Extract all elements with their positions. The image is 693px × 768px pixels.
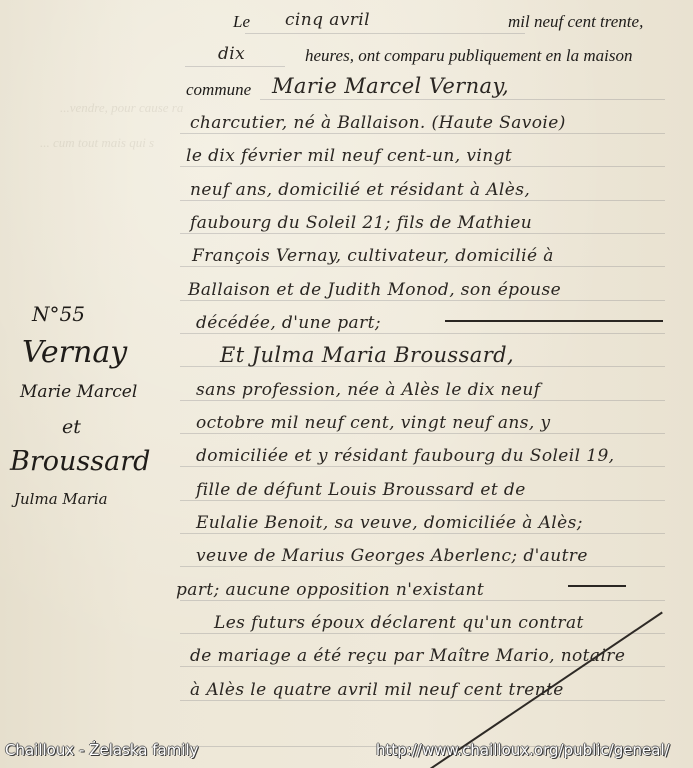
ruled-line <box>245 33 525 34</box>
ruled-line <box>180 200 665 201</box>
document-page: ...vendre, pour cause ra ... cum tout ma… <box>0 0 693 768</box>
ruled-line <box>180 233 665 234</box>
handwritten-line: sans profession, née à Alès le dix neuf <box>196 380 540 400</box>
ruled-line <box>185 66 285 67</box>
ruled-line <box>180 633 665 634</box>
ruled-line <box>180 666 665 667</box>
printed-prefix: Le <box>233 12 250 32</box>
handwritten-line: à Alès le quatre avril mil neuf cent tre… <box>190 680 564 700</box>
handwritten-line: décédée, d'une part; <box>196 313 381 333</box>
handwritten-date: cinq avril <box>285 10 370 30</box>
watermark-family-name: Chailloux - Żelaska family <box>5 741 199 759</box>
groom-name: Marie Marcel Vernay, <box>272 74 509 98</box>
ruled-line <box>180 600 665 601</box>
ruled-line <box>260 99 665 100</box>
handwritten-line: part; aucune opposition n'existant <box>176 580 484 600</box>
ruled-line <box>180 566 665 567</box>
handwritten-line: de mariage a été reçu par Maître Mario, … <box>190 646 625 666</box>
handwritten-line: fille de défunt Louis Broussard et de <box>196 480 526 500</box>
printed-suffix: mil neuf cent trente, <box>508 12 643 32</box>
watermark-url[interactable]: http://www.chailloux.org/public/geneal/ <box>376 741 670 759</box>
record-number: N°55 <box>32 302 85 326</box>
ruled-line <box>180 400 665 401</box>
groom-given-names: Marie Marcel <box>20 382 137 402</box>
handwritten-line: le dix février mil neuf cent-un, vingt <box>186 146 512 166</box>
ruled-line <box>180 133 665 134</box>
bleed-through-text: ... cum tout mais qui s <box>40 135 154 151</box>
conjunction: et <box>62 416 81 438</box>
bride-name: Et Julma Maria Broussard, <box>220 343 514 367</box>
handwritten-line: veuve de Marius Georges Aberlenc; d'autr… <box>196 546 588 566</box>
ruled-line <box>180 333 665 334</box>
handwritten-line: François Vernay, cultivateur, domicilié … <box>192 246 554 266</box>
ruled-line <box>180 533 665 534</box>
handwritten-line: faubourg du Soleil 21; fils de Mathieu <box>190 213 532 233</box>
printed-prefix: commune <box>186 80 251 100</box>
line-filler-dash <box>445 320 663 322</box>
printed-suffix: heures, ont comparu publiquement en la m… <box>305 46 633 66</box>
ruled-line <box>180 700 665 701</box>
handwritten-line: neuf ans, domicilié et résidant à Alès, <box>190 180 530 200</box>
handwritten-line: charcutier, né à Ballaison. (Haute Savoi… <box>190 113 566 133</box>
bride-surname: Broussard <box>10 446 150 477</box>
line-filler-dash <box>568 585 626 587</box>
bleed-through-text: ...vendre, pour cause ra <box>60 100 183 116</box>
handwritten-line: octobre mil neuf cent, vingt neuf ans, y <box>196 413 551 433</box>
ruled-line <box>180 166 665 167</box>
watermark-url-link[interactable]: http://www.chailloux.org/public/geneal/ <box>376 741 670 759</box>
ruled-line <box>180 466 665 467</box>
groom-surname: Vernay <box>22 335 127 370</box>
bride-given-names: Julma Maria <box>14 490 108 508</box>
ruled-line <box>180 433 665 434</box>
ruled-line <box>180 300 665 301</box>
handwritten-hour: dix <box>218 44 245 64</box>
ruled-line <box>180 500 665 501</box>
ruled-line <box>180 266 665 267</box>
handwritten-line: domiciliée et y résidant faubourg du Sol… <box>196 446 614 466</box>
handwritten-line: Eulalie Benoit, sa veuve, domiciliée à A… <box>196 513 583 533</box>
handwritten-line: Ballaison et de Judith Monod, son épouse <box>188 280 561 300</box>
handwritten-line: Les futurs époux déclarent qu'un contrat <box>214 613 584 633</box>
